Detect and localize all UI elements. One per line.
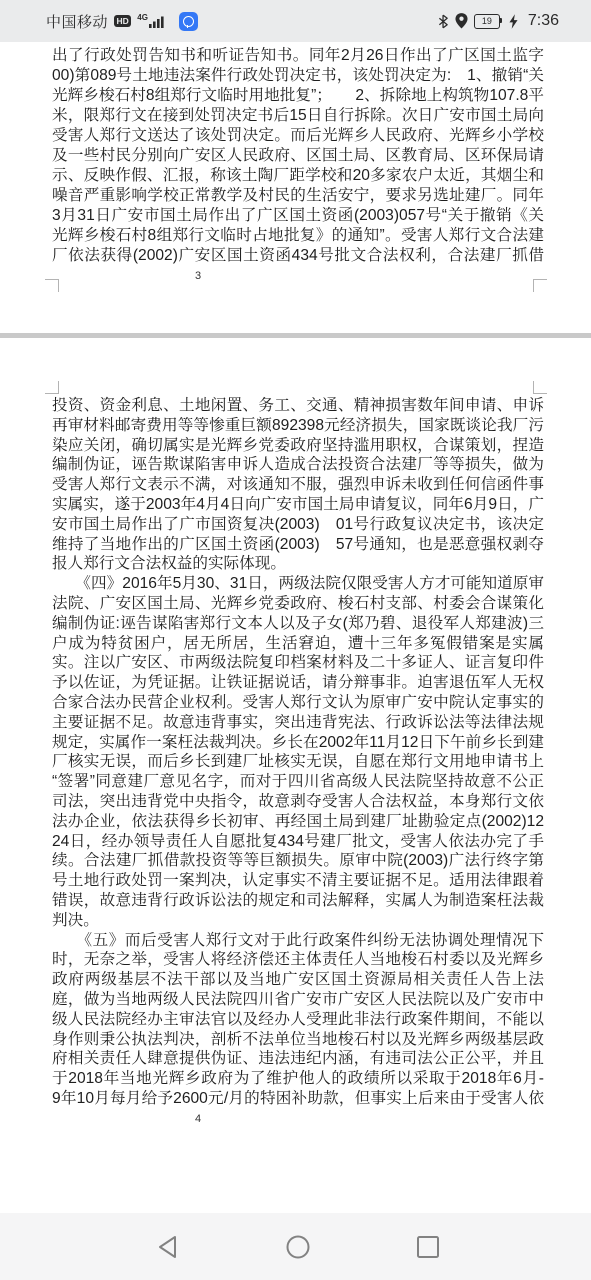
text-line: 《五》而后受害人郑行文对于此行政案件纠纷无法协调处理情况下	[52, 931, 544, 951]
text-line: 维持了当地作出的广区国土资函(2003) 57号通知，也是恶意强权剥夺举	[52, 535, 544, 555]
status-bar-right: 19 7:36	[438, 12, 559, 30]
text-line: 续。合法建厂抓借款投资等等巨额损失。原审中院(2003)广法行终字第44	[52, 851, 544, 871]
text-line: 司法，突出违背党中央指令，故意剥夺受害人合法权益，本身郑行文依	[52, 792, 544, 812]
text-line: 级人民法院经办主审法官以及经办人受理此非法行政案件期间，不能以	[52, 1010, 544, 1030]
recents-square-icon	[415, 1234, 441, 1260]
signal-strength-icon: 4G	[137, 14, 165, 28]
back-button[interactable]	[152, 1232, 182, 1262]
text-line: 户成为特贫困户，居无所居，生活窘迫，遭十三年多冤假错案是实属	[52, 634, 544, 654]
text-line: 投资、资金利息、土地闲置、务工、交通、精神损害数年间申请、申诉	[52, 396, 544, 416]
text-line: 受害人郑行文表示不满，对该通知不服，强烈申诉未收到任何信函件事	[52, 475, 544, 495]
battery-icon: 19	[474, 14, 500, 29]
text-line: 及一些村民分别向广安区人民政府、区国土局、区教育局、区环保局请	[52, 146, 544, 166]
text-line: “签署”同意建厂意见名字，而对于四川省高级人民法院坚持故意不公正	[52, 772, 544, 792]
location-icon	[455, 13, 468, 29]
text-line: 受害人郑行文送达了该处罚决定。而后光辉乡人民政府、光辉乡小学校	[52, 126, 544, 146]
text-line: 予以佐证，为凭证据。让铁证据说话，请分辩事非。迫害退伍军人无权	[52, 673, 544, 693]
crop-mark-icon	[45, 381, 59, 394]
text-line: 于2018年当地光辉乡政府为了维护他人的政绩所以采取于2018年6月--201	[52, 1069, 544, 1089]
crop-mark-icon	[533, 381, 547, 394]
text-line: 法院、广安区国土局、光辉乡党委政府、梭石村支部、村委会合谋策化	[52, 594, 544, 614]
text-line: 24日，经办领导责任人自愿批复434号建厂批文，受害人依法办完了手	[52, 832, 544, 852]
network-type-label: 4G	[137, 14, 148, 22]
status-bar: 中国移动 HD 4G 19	[0, 0, 591, 42]
text-line: 规定，实属作一案枉法裁判决。乡长在2002年11月12日下午前乡长到建	[52, 733, 544, 753]
clock-label: 7:36	[528, 12, 559, 30]
text-line: 3月31日广安市国土局作出了广区国土资函(2003)057号“关于撤销《关于	[52, 206, 544, 226]
text-line: 9年10月每月给予2600元/月的特困补助款，但事实上后来由于受害人依	[52, 1089, 544, 1109]
text-line: 法办企业，依法获得乡长初审、再经国土局到建厂址勘验定点(2002)12月	[52, 812, 544, 832]
text-line: 安市国土局作出了广市国资复决(2003) 01号行政复议决定书，该决定书	[52, 515, 544, 535]
text-line: 合家合法办民营企业权利。受害人郑行文认为原审广安中院认定事实的	[52, 693, 544, 713]
document-scroll-area[interactable]: 出了行政处罚告知书和听证告知书。同年2月26日作出了广区国土监字(200)第08…	[0, 42, 591, 1213]
hd-badge-icon: HD	[114, 15, 131, 27]
page-3-text: 出了行政处罚告知书和听证告知书。同年2月26日作出了广区国土监字(200)第08…	[52, 46, 544, 266]
text-line: 编制伪证，诬告欺谋陷害申诉人造成合法投资合法建厂等等损失，做为	[52, 455, 544, 475]
text-line: 府相关责任人肆意提供伪证、违法违纪内涵，有违司法公正公平，并且	[52, 1049, 544, 1069]
back-triangle-icon	[155, 1234, 180, 1260]
android-nav-bar	[0, 1213, 591, 1280]
text-line: 编制伪证:诬告谋陷害郑行文本人以及子女(郑乃碧、退役军人郑建波)三	[52, 614, 544, 634]
page-4-text: 投资、资金利息、土地闲置、务工、交通、精神损害数年间申请、申诉再审材料邮寄费用等…	[52, 396, 544, 1109]
text-line: 光辉乡梭石村8组郑行文临时用地批复”； 2、拆除地上构筑物107.8平方	[52, 86, 544, 106]
text-line: 染应关闭，确切属实是光辉乡党委政府坚持滥用职权，合谋策划，捏造	[52, 436, 544, 456]
text-line: 身作则秉公执法判决，剖析不法单位当地梭石村以及光辉乡两级基层政	[52, 1030, 544, 1050]
page-4-number: 4	[178, 1113, 218, 1125]
text-line: 00)第089号土地违法案件行政处罚决定书，该处罚决定为: 1、撤销“关于	[52, 66, 544, 86]
signal-bars-icon	[149, 14, 165, 28]
page-separator	[0, 333, 591, 338]
text-line: 光辉乡梭石村8组郑行文临时占地批复》的通知”。受害人郑行文合法建	[52, 226, 544, 246]
text-line: 主要证据不足。故意违背事实，突出违背宪法、行政诉讼法等法律法规	[52, 713, 544, 733]
text-line: 再审材料邮寄费用等等惨重巨额892398元经济损失，国家既谈论我厂污	[52, 416, 544, 436]
recents-button[interactable]	[413, 1232, 443, 1262]
text-line: 报人郑行文合法权益的实际体现。	[52, 554, 544, 574]
text-line: 号土地行政处罚一案判决，认定事实不清主要证据不足。适用法律跟着	[52, 871, 544, 891]
charging-bolt-icon	[509, 14, 518, 29]
text-line: 政府两级基层不法干部以及当地广安区国土资源局相关责任人告上法	[52, 970, 544, 990]
page-3-number: 3	[178, 270, 218, 282]
text-line: 实。注以广安区、市两级法院复印档案材料及二十多证人、证言复印件	[52, 653, 544, 673]
text-line: 米，限郑行文在接到处罚决定书后15日自行拆除。次日广安市国土局向	[52, 106, 544, 126]
text-line: 厂依法获得(2002)广安区国土资函434号批文合法权利，合法建厂抓借款	[52, 246, 544, 266]
lightbulb-notification-icon	[179, 12, 198, 31]
home-button[interactable]	[283, 1232, 313, 1262]
text-line: 错误，故意违背行政诉讼法的规定和司法解释，实属人为制造案枉法裁	[52, 891, 544, 911]
text-line: 示、反映作假、汇报，称该土陶厂距学校和20多家农户太近，其烟尘和	[52, 166, 544, 186]
text-line: 《四》2016年5月30、31日，两级法院仅限受害人方才可能知道原审	[52, 574, 544, 594]
crop-mark-icon	[533, 279, 547, 292]
text-line: 出了行政处罚告知书和听证告知书。同年2月26日作出了广区国土监字(2	[52, 46, 544, 66]
crop-mark-icon	[45, 279, 59, 292]
bluetooth-icon	[438, 14, 449, 29]
text-line: 噪音严重影响学校正常教学及村民的生活安宁，要求另选址建厂。同年	[52, 186, 544, 206]
text-line: 庭，做为当地两级人民法院四川省广安市广安区人民法院以及广安市中	[52, 990, 544, 1010]
text-line: 判决。	[52, 911, 544, 931]
text-line: 时，无奈之举，受害人将经济偿还主体责任人当地梭石村委以及光辉乡	[52, 950, 544, 970]
text-line: 实属实，遂于2003年4月4日向广安市国土局申请复议，同年6月9日，广	[52, 495, 544, 515]
home-circle-icon	[285, 1234, 311, 1260]
status-bar-left: 中国移动 HD 4G	[46, 11, 198, 32]
text-line: 厂核实无误，而后乡长到建厂址核实无误，自愿在郑行文用地申请书上	[52, 752, 544, 772]
phone-screen: 中国移动 HD 4G 19	[0, 0, 591, 1280]
bulb-glyph	[183, 16, 194, 27]
battery-level-label: 19	[482, 17, 492, 26]
carrier-label: 中国移动	[46, 11, 108, 32]
